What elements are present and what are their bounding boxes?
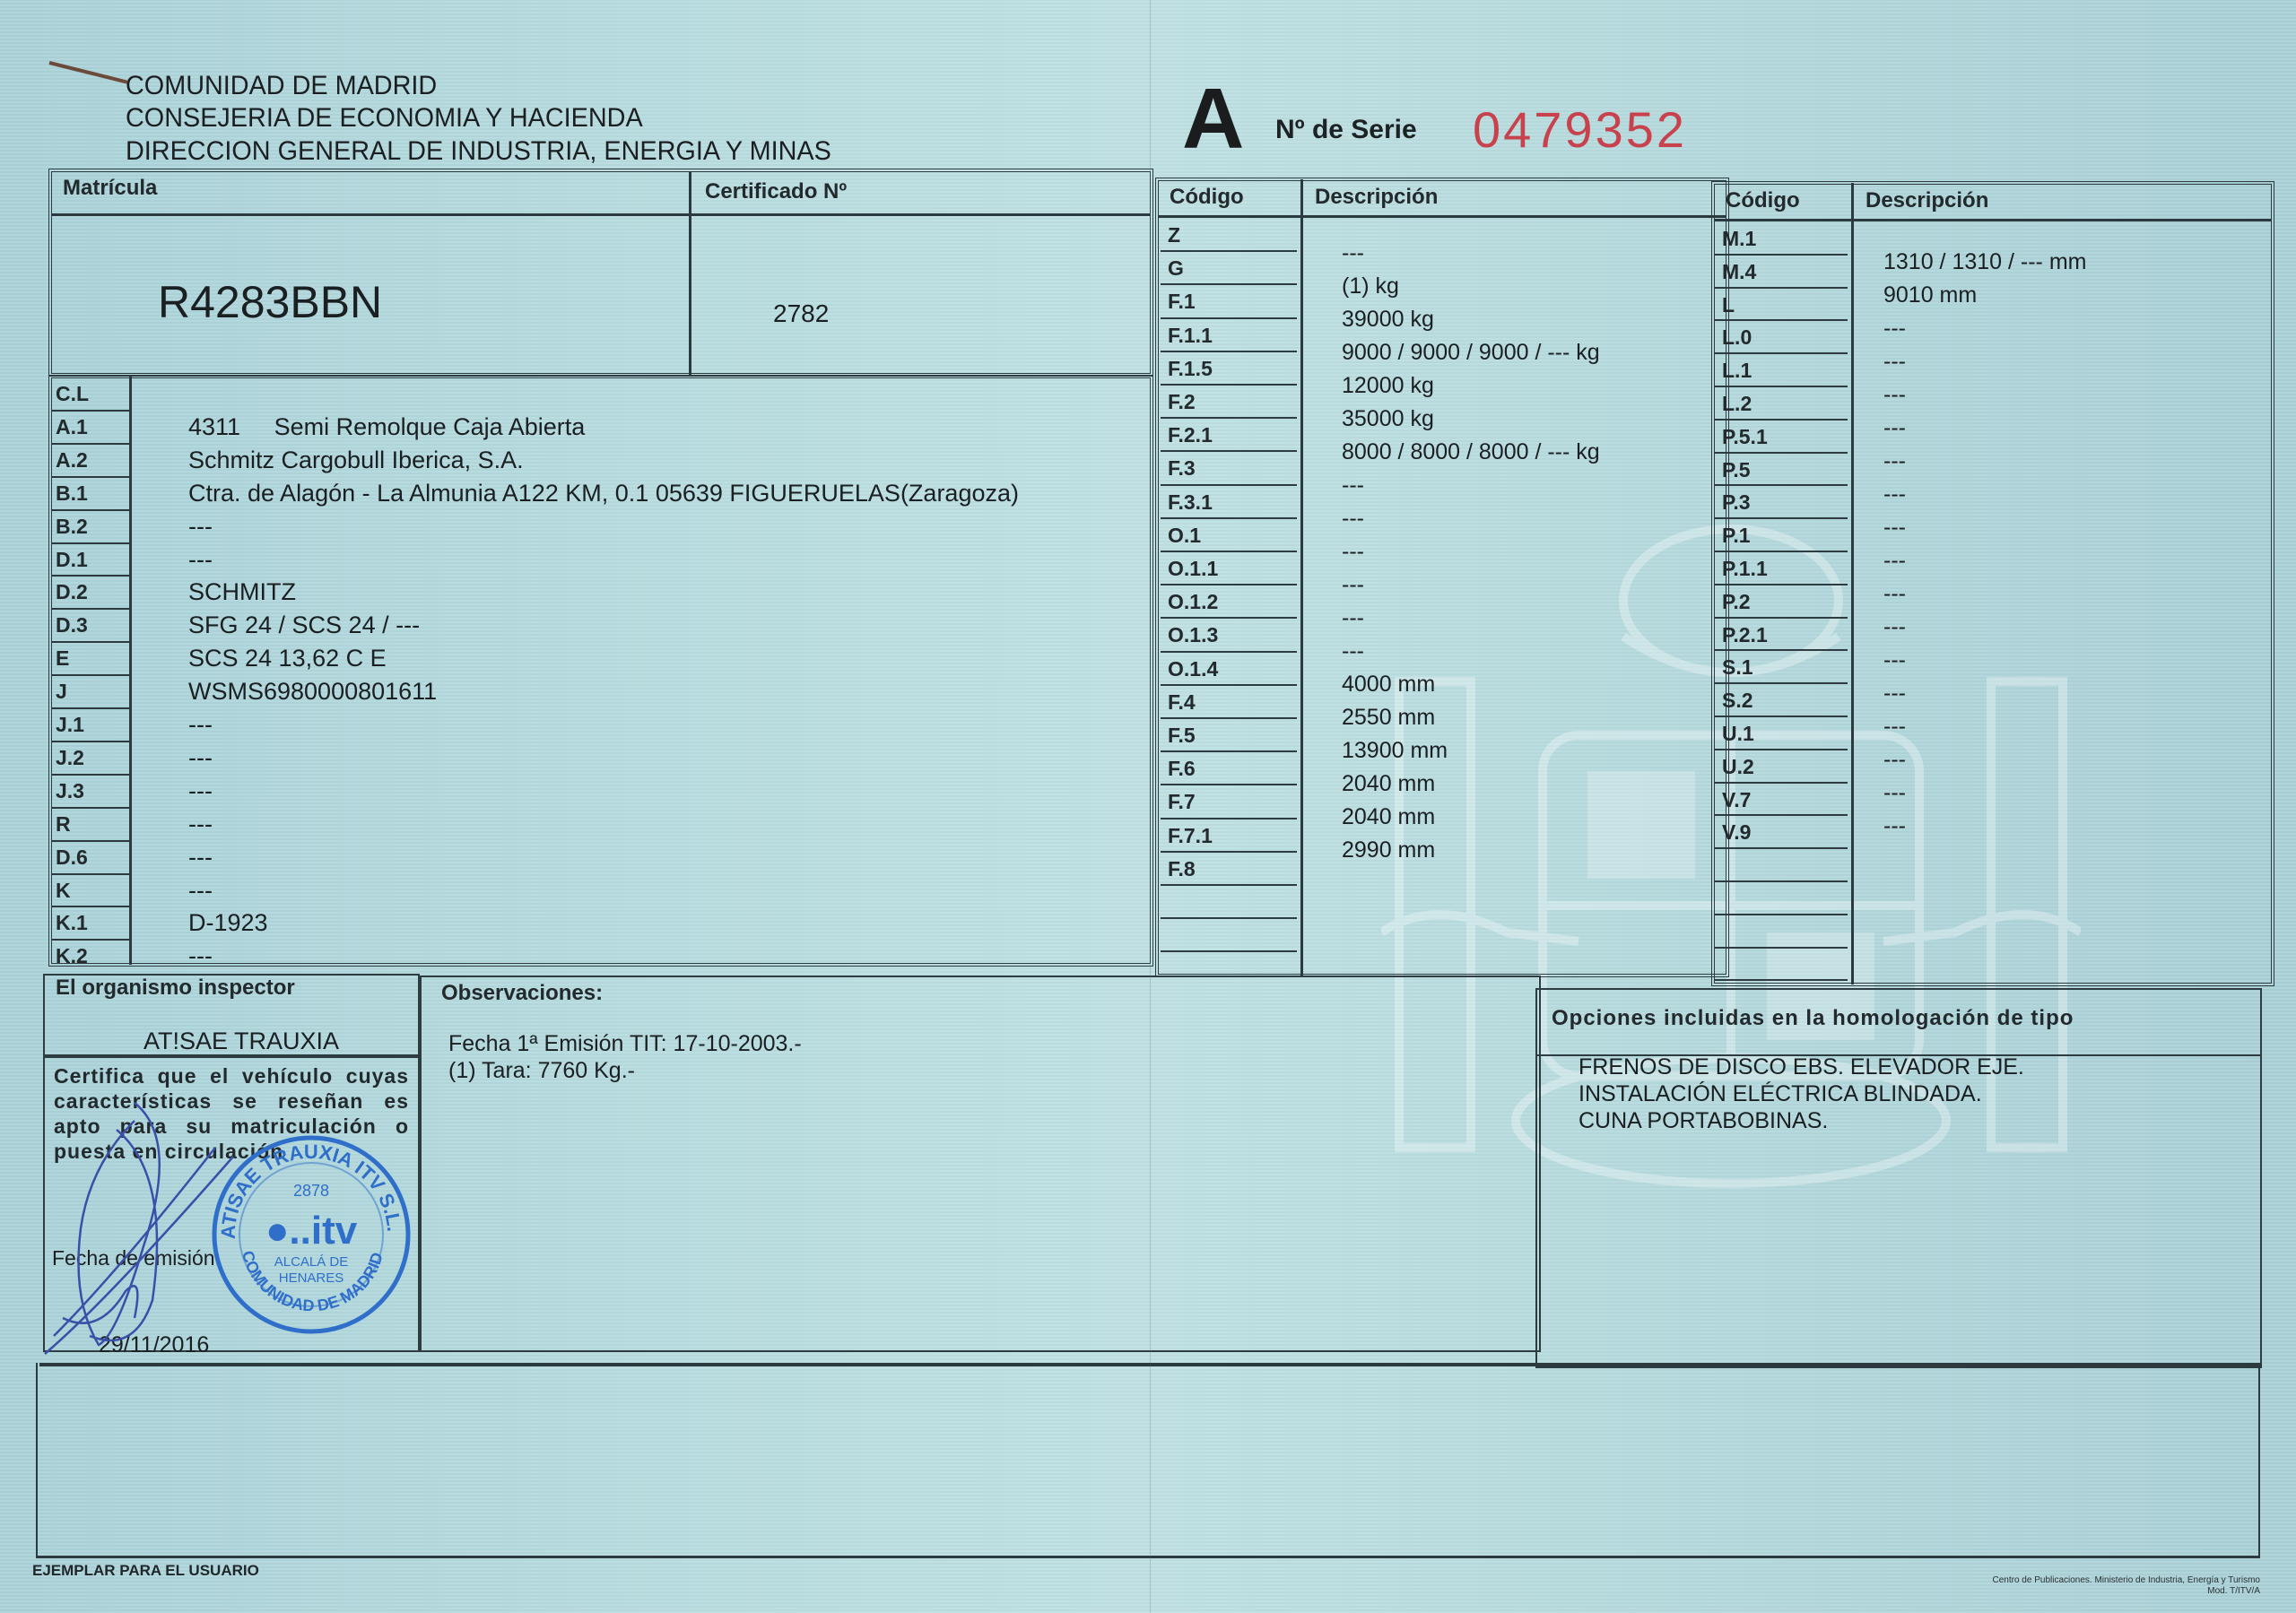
left-code-j-1: J.1	[56, 713, 84, 737]
mid-value: 2550 mm	[1342, 705, 1435, 731]
mid-value: ---	[1342, 605, 1364, 631]
left-code-d-1: D.1	[56, 548, 88, 572]
left-code-d-6: D.6	[56, 846, 88, 870]
mid-value: 35000 kg	[1342, 406, 1434, 432]
mid-code-cell: F.2	[1161, 386, 1297, 419]
right-code-cell: M.1	[1715, 222, 1848, 256]
row-divider	[52, 939, 131, 941]
right-value: ---	[1883, 647, 1906, 673]
left-code-k: K	[56, 879, 71, 903]
left-code-d-3: D.3	[56, 613, 88, 637]
right-value: ---	[1883, 747, 1906, 773]
row-divider	[52, 641, 131, 643]
mid-code-cell: O.1.3	[1161, 619, 1297, 652]
itv-stamp-icon: ATISAE TRAUXIA ITV S.L. COMUNIDAD DE MAD…	[208, 1132, 414, 1338]
publisher-line-2: Mod. T/ITV/A	[1993, 1586, 2260, 1597]
right-code-cell: P.1	[1715, 519, 1848, 552]
mid-value: 39000 kg	[1342, 307, 1434, 333]
certificado-value: 2782	[773, 299, 829, 328]
row-divider	[52, 840, 131, 842]
mid-code-cell: O.1.1	[1161, 552, 1297, 585]
left-value: ---	[188, 777, 213, 805]
left-value: D-1923	[188, 909, 268, 937]
right-code-cell: P.3	[1715, 486, 1848, 519]
observaciones-label: Observaciones:	[441, 981, 603, 1006]
right-code-cell: P.5.1	[1715, 421, 1848, 454]
left-code-c-l: C.L	[56, 382, 89, 406]
right-code-cell: L.2	[1715, 387, 1848, 421]
row-divider	[52, 443, 131, 445]
mid-code-cell	[1161, 919, 1297, 952]
mid-value: 2040 mm	[1342, 771, 1435, 797]
right-value: ---	[1883, 581, 1906, 607]
right-code-column: M.1M.4LL.0L.1L.2P.5.1P.5P.3P.1P.1.1P.2P.…	[1715, 222, 1848, 981]
divider	[36, 1363, 38, 1556]
left-value: ---	[188, 744, 213, 772]
row-divider	[52, 741, 131, 742]
divider	[689, 172, 691, 375]
left-code-b-2: B.2	[56, 515, 88, 539]
left-value: SCHMITZ	[188, 578, 296, 606]
right-code-cell: P.1.1	[1715, 552, 1848, 585]
row-divider	[52, 873, 131, 875]
right-code-cell	[1715, 882, 1848, 915]
left-value: ---	[188, 844, 213, 872]
mid-value: ---	[1342, 572, 1364, 598]
org-line-1: COMUNIDAD DE MADRID	[126, 70, 437, 102]
publisher-note: Centro de Publicaciones. Ministerio de I…	[1993, 1575, 2260, 1597]
pen-mark	[49, 61, 128, 84]
mid-code-cell: F.3	[1161, 452, 1297, 485]
divider	[36, 1556, 2260, 1558]
right-value: ---	[1883, 415, 1906, 441]
left-code-e: E	[56, 646, 69, 671]
divider	[52, 213, 1150, 216]
matricula-label: Matrícula	[63, 176, 157, 201]
inspector-name: AT!SAE TRAUXIA	[143, 1028, 339, 1055]
mid-code-cell: O.1.2	[1161, 585, 1297, 619]
right-value: ---	[1883, 515, 1906, 541]
row-divider	[52, 476, 131, 478]
right-code-header: Código	[1726, 188, 1800, 213]
right-code-cell: V.7	[1715, 784, 1848, 817]
left-code-a-1: A.1	[56, 415, 88, 439]
svg-text:●..itv: ●..itv	[265, 1209, 358, 1253]
right-value: ---	[1883, 714, 1906, 740]
mid-value: 8000 / 8000 / 8000 / --- kg	[1342, 439, 1600, 465]
right-code-cell	[1715, 849, 1848, 882]
right-value: ---	[1883, 316, 1906, 342]
right-value: ---	[1883, 481, 1906, 507]
left-value: ---	[188, 942, 213, 970]
left-code-b-1: B.1	[56, 481, 88, 506]
right-code-cell: U.2	[1715, 750, 1848, 784]
mid-value: ---	[1342, 473, 1364, 499]
right-value: ---	[1883, 448, 1906, 474]
mid-code-cell: F.1.5	[1161, 352, 1297, 386]
left-code-j-3: J.3	[56, 779, 84, 803]
mid-code-cell: F.1.1	[1161, 319, 1297, 352]
divider	[1300, 179, 1303, 976]
left-code-j: J	[56, 680, 67, 704]
opciones-label: Opciones incluidas en la homologación de…	[1552, 1006, 2074, 1031]
row-divider	[52, 509, 131, 511]
right-code-cell: L	[1715, 289, 1848, 322]
divider	[1715, 219, 2271, 221]
right-code-cell: L.1	[1715, 354, 1848, 387]
mid-code-cell: F.3.1	[1161, 486, 1297, 519]
divider	[2258, 1363, 2260, 1556]
mid-code-cell: Z	[1161, 219, 1297, 252]
mid-code-cell: O.1	[1161, 519, 1297, 552]
divider	[1159, 215, 1726, 218]
row-divider	[52, 906, 131, 907]
mid-code-cell: F.1	[1161, 285, 1297, 318]
matricula-value: R4283BBN	[158, 276, 382, 328]
mid-value: ---	[1342, 240, 1364, 266]
mid-value: ---	[1342, 506, 1364, 532]
right-code-cell: S.2	[1715, 684, 1848, 717]
row-divider	[52, 608, 131, 610]
right-code-cell: P.2.1	[1715, 619, 1848, 652]
left-value: Schmitz Cargobull Iberica, S.A.	[188, 447, 524, 474]
right-value: ---	[1883, 780, 1906, 806]
mid-value: 2990 mm	[1342, 837, 1435, 863]
divider	[129, 377, 132, 965]
mid-code-column: ZGF.1F.1.1F.1.5F.2F.2.1F.3F.3.1O.1O.1.1O…	[1161, 219, 1297, 972]
mid-code-cell: F.8	[1161, 853, 1297, 886]
mid-code-header: Código	[1170, 185, 1244, 210]
observacion-line-2: (1) Tara: 7760 Kg.-	[448, 1058, 635, 1084]
mid-value: ---	[1342, 539, 1364, 565]
left-value: ---	[188, 546, 213, 574]
divider	[39, 1363, 2262, 1366]
row-divider	[52, 674, 131, 676]
right-code-cell: L.0	[1715, 321, 1848, 354]
mid-value: 13900 mm	[1342, 738, 1448, 764]
mid-code-cell: O.1.4	[1161, 653, 1297, 686]
category-letter: A	[1182, 79, 1244, 160]
right-value: ---	[1883, 349, 1906, 375]
right-code-cell: V.9	[1715, 816, 1848, 849]
right-value: ---	[1883, 681, 1906, 707]
right-code-cell: U.1	[1715, 717, 1848, 750]
publisher-line-1: Centro de Publicaciones. Ministerio de I…	[1993, 1575, 2260, 1586]
mid-value: 4000 mm	[1342, 672, 1435, 698]
mid-value: 12000 kg	[1342, 373, 1434, 399]
matricula-certificado-box	[48, 169, 1153, 377]
right-code-cell	[1715, 949, 1848, 982]
right-value: 1310 / 1310 / --- mm	[1883, 249, 2086, 275]
svg-text:ALCALÁ DE: ALCALÁ DE	[274, 1254, 349, 1270]
mid-value: ---	[1342, 638, 1364, 664]
inspector-label: El organismo inspector	[56, 976, 295, 1001]
right-value: ---	[1883, 614, 1906, 640]
mid-code-cell: F.4	[1161, 686, 1297, 719]
right-value: 9010 mm	[1883, 282, 1977, 308]
row-divider	[52, 410, 131, 412]
right-code-cell: S.1	[1715, 651, 1848, 684]
mid-value: 9000 / 9000 / 9000 / --- kg	[1342, 340, 1600, 366]
opcion-line-3: CUNA PORTABOBINAS.	[1578, 1108, 1828, 1134]
serie-label: Nº de Serie	[1275, 115, 1417, 145]
certificado-label: Certificado Nº	[705, 179, 847, 204]
right-value: ---	[1883, 813, 1906, 839]
left-value: ---	[188, 513, 213, 541]
svg-text:HENARES: HENARES	[279, 1270, 344, 1286]
left-code-a-2: A.2	[56, 448, 88, 473]
row-divider	[52, 807, 131, 809]
left-value: ---	[188, 711, 213, 739]
serie-number: 0479352	[1473, 100, 1687, 159]
left-value: ---	[188, 877, 213, 905]
mid-code-cell: F.5	[1161, 719, 1297, 752]
left-value: WSMS6980000801611	[188, 678, 437, 706]
left-value: ---	[188, 811, 213, 838]
right-code-cell: M.4	[1715, 256, 1848, 289]
right-code-cell: P.5	[1715, 454, 1848, 487]
ejemplar-label: EJEMPLAR PARA EL USUARIO	[32, 1562, 259, 1580]
divider	[1851, 183, 1854, 984]
left-value: SCS 24 13,62 C E	[188, 645, 387, 672]
right-code-cell: P.2	[1715, 585, 1848, 619]
left-value: 4311 Semi Remolque Caja Abierta	[188, 413, 585, 441]
right-value: ---	[1883, 548, 1906, 574]
mid-code-cell	[1161, 886, 1297, 919]
left-code-k-2: K.2	[56, 944, 88, 968]
mid-code-cell: F.7.1	[1161, 820, 1297, 853]
row-divider	[52, 542, 131, 544]
fold-line	[1150, 0, 1151, 1613]
row-divider	[52, 774, 131, 776]
left-code-j-2: J.2	[56, 746, 84, 770]
mid-value: 2040 mm	[1342, 804, 1435, 830]
mid-value: (1) kg	[1342, 273, 1399, 299]
right-value: ---	[1883, 382, 1906, 408]
opcion-line-1: FRENOS DE DISCO EBS. ELEVADOR EJE.	[1578, 1054, 2024, 1080]
left-code-k-1: K.1	[56, 911, 88, 935]
mid-code-cell: G	[1161, 252, 1297, 285]
left-value: SFG 24 / SCS 24 / ---	[188, 611, 420, 639]
mid-code-cell: F.7	[1161, 785, 1297, 819]
right-desc-header: Descripción	[1865, 188, 1988, 213]
org-line-2: CONSEJERIA DE ECONOMIA Y HACIENDA	[126, 102, 643, 134]
left-value: Ctra. de Alagón - La Almunia A122 KM, 0.…	[188, 480, 1019, 507]
observacion-line-1: Fecha 1ª Emisión TIT: 17-10-2003.-	[448, 1031, 802, 1057]
opcion-line-2: INSTALACIÓN ELÉCTRICA BLINDADA.	[1578, 1081, 1982, 1107]
left-code-r: R	[56, 812, 71, 837]
svg-text:2878: 2878	[293, 1182, 329, 1200]
row-divider	[52, 575, 131, 577]
mid-code-cell: F.2.1	[1161, 419, 1297, 452]
left-code-d-2: D.2	[56, 580, 88, 604]
right-code-cell	[1715, 915, 1848, 949]
mid-desc-header: Descripción	[1315, 185, 1438, 210]
mid-code-cell: F.6	[1161, 752, 1297, 785]
org-line-3: DIRECCION GENERAL DE INDUSTRIA, ENERGIA …	[126, 135, 831, 168]
row-divider	[52, 707, 131, 709]
